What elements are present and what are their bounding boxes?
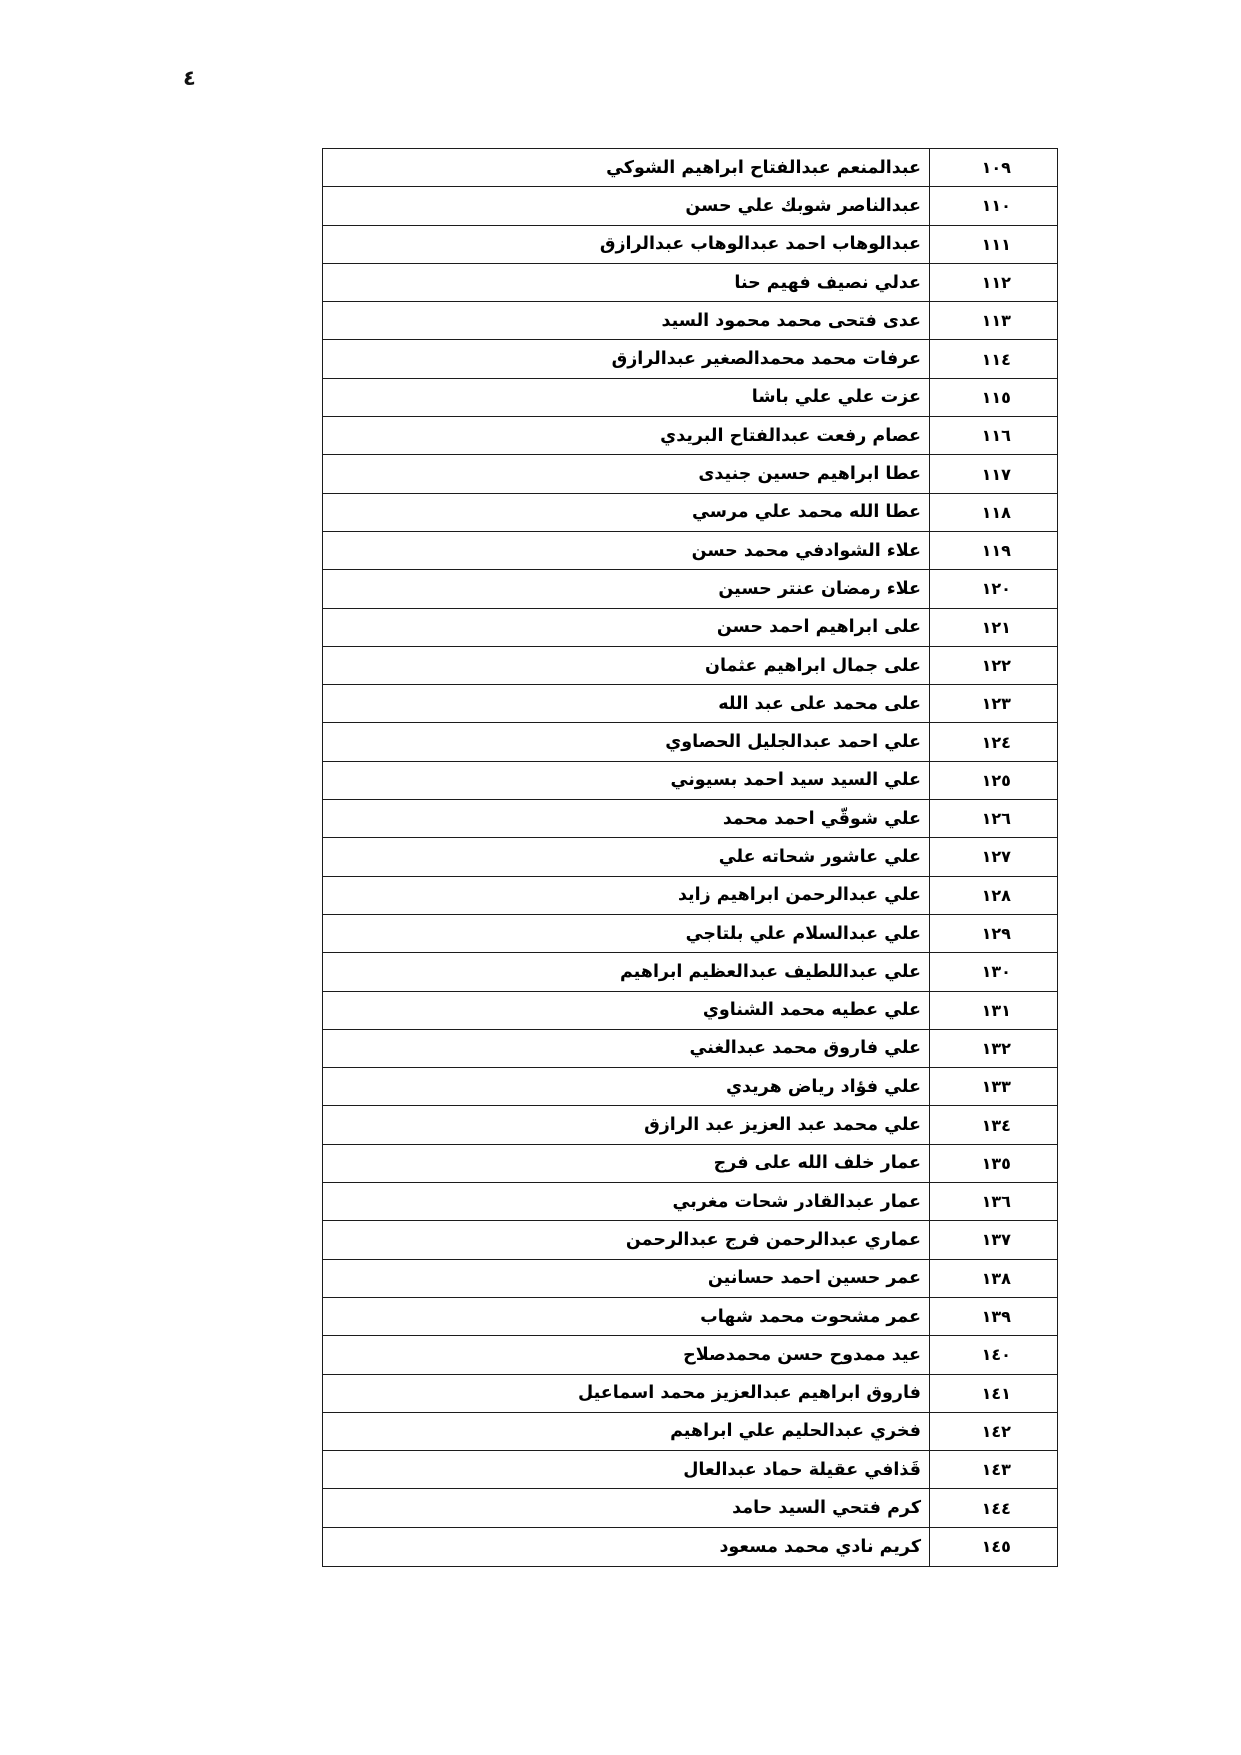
row-name-cell: عمار خلف الله على فرج bbox=[323, 1145, 929, 1182]
row-name-cell: عرفات محمد محمدالصغير عبدالرازق bbox=[323, 340, 929, 377]
row-number-cell: ١٣٦ bbox=[929, 1183, 1057, 1220]
row-name-cell: فخري عبدالحليم علي ابراهيم bbox=[323, 1413, 929, 1450]
table-row: ١١٢ عدلي نصيف فهيم حنا bbox=[323, 264, 1057, 302]
row-number-cell: ١٤٣ bbox=[929, 1451, 1057, 1488]
row-number-cell: ١٠٩ bbox=[929, 149, 1057, 186]
table-row: ١٢١ على ابراهيم احمد حسن bbox=[323, 609, 1057, 647]
row-number-cell: ١٣٧ bbox=[929, 1221, 1057, 1258]
row-name-cell: علي عطيه محمد الشناوي bbox=[323, 992, 929, 1029]
row-name-cell: عمار عبدالقادر شحات مغربي bbox=[323, 1183, 929, 1220]
row-number-cell: ١٢٢ bbox=[929, 647, 1057, 684]
table-row: ١٢٦ علي شوقّي احمد محمد bbox=[323, 800, 1057, 838]
row-number-cell: ١١٠ bbox=[929, 187, 1057, 224]
row-number-cell: ١١٦ bbox=[929, 417, 1057, 454]
table-row: ١١١ عبدالوهاب احمد عبدالوهاب عبدالرازق bbox=[323, 226, 1057, 264]
table-row: ١٣٨ عمر حسين احمد حسانين bbox=[323, 1260, 1057, 1298]
table-row: ١٤٣ قَذافي عقيلة حماد عبدالعال bbox=[323, 1451, 1057, 1489]
row-number-cell: ١٤٤ bbox=[929, 1489, 1057, 1526]
row-name-cell: علي عبداللطيف عبدالعظيم ابراهيم bbox=[323, 953, 929, 990]
table-row: ١١٧ عطا ابراهيم حسين جنيدى bbox=[323, 455, 1057, 493]
row-name-cell: عبدالناصر شوبك علي حسن bbox=[323, 187, 929, 224]
row-name-cell: على ابراهيم احمد حسن bbox=[323, 609, 929, 646]
row-number-cell: ١٣٥ bbox=[929, 1145, 1057, 1182]
row-number-cell: ١١٥ bbox=[929, 379, 1057, 416]
row-name-cell: علي فؤاد رياض هريدي bbox=[323, 1068, 929, 1105]
table-row: ١٤٢ فخري عبدالحليم علي ابراهيم bbox=[323, 1413, 1057, 1451]
row-number-cell: ١٣٢ bbox=[929, 1030, 1057, 1067]
row-name-cell: عزت علي علي باشا bbox=[323, 379, 929, 416]
row-name-cell: على محمد على عبد الله bbox=[323, 685, 929, 722]
table-row: ١٢٨ علي عبدالرحمن ابراهيم زايد bbox=[323, 877, 1057, 915]
row-name-cell: علي محمد عبد العزيز عبد الرازق bbox=[323, 1106, 929, 1143]
table-row: ١٤١ فاروق ابراهيم عبدالعزيز محمد اسماعيل bbox=[323, 1375, 1057, 1413]
table-row: ١٢٩ علي عبدالسلام علي بلتاجي bbox=[323, 915, 1057, 953]
table-row: ١١٨ عطا الله محمد علي مرسي bbox=[323, 494, 1057, 532]
row-number-cell: ١١٣ bbox=[929, 302, 1057, 339]
row-number-cell: ١٣٩ bbox=[929, 1298, 1057, 1335]
table-row: ١٢٠ علاء رمضان عنتر حسين bbox=[323, 570, 1057, 608]
table-row: ١٢٥ علي السيد سيد احمد بسيوني bbox=[323, 762, 1057, 800]
table-row: ١٣٢ علي فاروق محمد عبدالغني bbox=[323, 1030, 1057, 1068]
row-name-cell: عدى فتحى محمد محمود السيد bbox=[323, 302, 929, 339]
row-number-cell: ١١٩ bbox=[929, 532, 1057, 569]
row-name-cell: علي فاروق محمد عبدالغني bbox=[323, 1030, 929, 1067]
row-number-cell: ١١١ bbox=[929, 226, 1057, 263]
row-number-cell: ١٢٧ bbox=[929, 838, 1057, 875]
row-name-cell: علي شوقّي احمد محمد bbox=[323, 800, 929, 837]
document-page: ٤ ١٠٩ عبدالمنعم عبدالفتاح ابراهيم الشوكي… bbox=[0, 0, 1241, 1755]
row-number-cell: ١٢٨ bbox=[929, 877, 1057, 914]
row-number-cell: ١٢٤ bbox=[929, 723, 1057, 760]
table-row: ١٣١ علي عطيه محمد الشناوي bbox=[323, 992, 1057, 1030]
row-name-cell: علي عبدالرحمن ابراهيم زايد bbox=[323, 877, 929, 914]
row-name-cell: علاء رمضان عنتر حسين bbox=[323, 570, 929, 607]
table-row: ١١٤ عرفات محمد محمدالصغير عبدالرازق bbox=[323, 340, 1057, 378]
table-row: ١١٥ عزت علي علي باشا bbox=[323, 379, 1057, 417]
row-number-cell: ١١٤ bbox=[929, 340, 1057, 377]
row-name-cell: عصام رفعت عبدالفتاح البريدي bbox=[323, 417, 929, 454]
row-number-cell: ١٤٠ bbox=[929, 1336, 1057, 1373]
table-row: ١٣٦ عمار عبدالقادر شحات مغربي bbox=[323, 1183, 1057, 1221]
row-number-cell: ١١٢ bbox=[929, 264, 1057, 301]
table-row: ١١٦ عصام رفعت عبدالفتاح البريدي bbox=[323, 417, 1057, 455]
row-name-cell: عدلي نصيف فهيم حنا bbox=[323, 264, 929, 301]
table-row: ١٣٥ عمار خلف الله على فرج bbox=[323, 1145, 1057, 1183]
row-name-cell: كريم نادي محمد مسعود bbox=[323, 1528, 929, 1566]
table-row: ١١٩ علاء الشوادفي محمد حسن bbox=[323, 532, 1057, 570]
row-number-cell: ١٤٢ bbox=[929, 1413, 1057, 1450]
row-number-cell: ١٣٨ bbox=[929, 1260, 1057, 1297]
table-row: ١١٠ عبدالناصر شوبك علي حسن bbox=[323, 187, 1057, 225]
row-number-cell: ١٢٥ bbox=[929, 762, 1057, 799]
table-row: ١٢٤ علي احمد عبدالجليل الحصاوي bbox=[323, 723, 1057, 761]
row-number-cell: ١٣٣ bbox=[929, 1068, 1057, 1105]
row-name-cell: علي عبدالسلام علي بلتاجي bbox=[323, 915, 929, 952]
row-name-cell: عماري عبدالرحمن فرج عبدالرحمن bbox=[323, 1221, 929, 1258]
row-number-cell: ١٣٠ bbox=[929, 953, 1057, 990]
row-name-cell: عمر مشحوت محمد شهاب bbox=[323, 1298, 929, 1335]
table-row: ١٣٧ عماري عبدالرحمن فرج عبدالرحمن bbox=[323, 1221, 1057, 1259]
row-number-cell: ١١٨ bbox=[929, 494, 1057, 531]
table-row: ١٤٥ كريم نادي محمد مسعود bbox=[323, 1528, 1057, 1566]
row-name-cell: علي احمد عبدالجليل الحصاوي bbox=[323, 723, 929, 760]
row-name-cell: قَذافي عقيلة حماد عبدالعال bbox=[323, 1451, 929, 1488]
row-name-cell: عبدالوهاب احمد عبدالوهاب عبدالرازق bbox=[323, 226, 929, 263]
table-row: ١٢٢ على جمال ابراهيم عثمان bbox=[323, 647, 1057, 685]
table-row: ١٣٩ عمر مشحوت محمد شهاب bbox=[323, 1298, 1057, 1336]
row-number-cell: ١٢٠ bbox=[929, 570, 1057, 607]
table-row: ١٢٣ على محمد على عبد الله bbox=[323, 685, 1057, 723]
row-name-cell: فاروق ابراهيم عبدالعزيز محمد اسماعيل bbox=[323, 1375, 929, 1412]
table-row: ١٤٤ كرم فتحي السيد حامد bbox=[323, 1489, 1057, 1527]
table-row: ١٠٩ عبدالمنعم عبدالفتاح ابراهيم الشوكي bbox=[323, 149, 1057, 187]
row-number-cell: ١٤١ bbox=[929, 1375, 1057, 1412]
row-name-cell: كرم فتحي السيد حامد bbox=[323, 1489, 929, 1526]
row-name-cell: علاء الشوادفي محمد حسن bbox=[323, 532, 929, 569]
row-name-cell: عبدالمنعم عبدالفتاح ابراهيم الشوكي bbox=[323, 149, 929, 186]
row-number-cell: ١٣١ bbox=[929, 992, 1057, 1029]
table-row: ١١٣ عدى فتحى محمد محمود السيد bbox=[323, 302, 1057, 340]
row-name-cell: عطا ابراهيم حسين جنيدى bbox=[323, 455, 929, 492]
table-row: ١٣٤ علي محمد عبد العزيز عبد الرازق bbox=[323, 1106, 1057, 1144]
row-number-cell: ١٣٤ bbox=[929, 1106, 1057, 1143]
row-number-cell: ١٤٥ bbox=[929, 1528, 1057, 1566]
page-number: ٤ bbox=[183, 66, 196, 90]
row-name-cell: عطا الله محمد علي مرسي bbox=[323, 494, 929, 531]
table-row: ١٣٠ علي عبداللطيف عبدالعظيم ابراهيم bbox=[323, 953, 1057, 991]
row-number-cell: ١١٧ bbox=[929, 455, 1057, 492]
row-number-cell: ١٢١ bbox=[929, 609, 1057, 646]
row-number-cell: ١٢٣ bbox=[929, 685, 1057, 722]
row-number-cell: ١٢٦ bbox=[929, 800, 1057, 837]
row-name-cell: عيد ممدوح حسن محمدصلاح bbox=[323, 1336, 929, 1373]
table-row: ١٣٣ علي فؤاد رياض هريدي bbox=[323, 1068, 1057, 1106]
row-name-cell: عمر حسين احمد حسانين bbox=[323, 1260, 929, 1297]
table-row: ١٢٧ علي عاشور شحاته علي bbox=[323, 838, 1057, 876]
row-name-cell: على جمال ابراهيم عثمان bbox=[323, 647, 929, 684]
row-name-cell: علي عاشور شحاته علي bbox=[323, 838, 929, 875]
table-row: ١٤٠ عيد ممدوح حسن محمدصلاح bbox=[323, 1336, 1057, 1374]
row-name-cell: علي السيد سيد احمد بسيوني bbox=[323, 762, 929, 799]
row-number-cell: ١٢٩ bbox=[929, 915, 1057, 952]
names-table: ١٠٩ عبدالمنعم عبدالفتاح ابراهيم الشوكي ١… bbox=[322, 148, 1058, 1567]
